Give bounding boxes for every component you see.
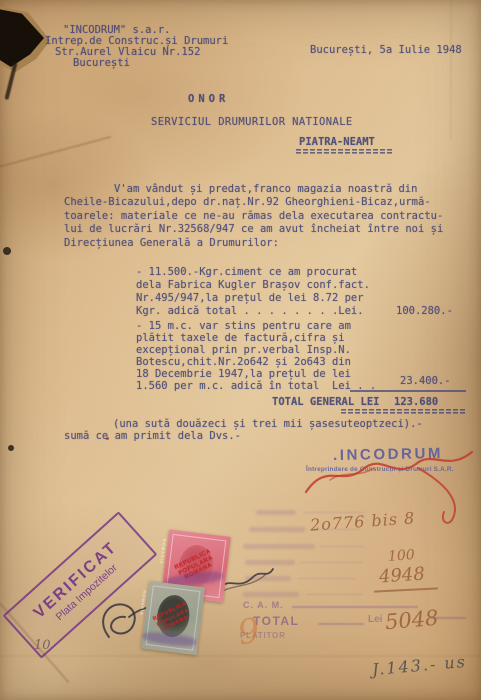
body-line: toarele: materiale ce ne-au rămas dela e… xyxy=(64,210,443,224)
item1-line: dela Fabrica Kugler Brașov conf.fact. xyxy=(136,279,370,293)
total-double-underline xyxy=(341,409,465,414)
item1-line: - 11.500.-Kgr.ciment ce am procurat xyxy=(136,266,357,280)
sender-city: București xyxy=(73,57,130,71)
closing-line: sumă ce am primit dela Dvs.- xyxy=(64,430,241,444)
item2-line: 1.560 per m.c. adică în total Lei . . xyxy=(136,381,376,393)
addressee-city: PIATRA-NEAMT xyxy=(299,136,375,150)
tax-stamp-lei: Lei xyxy=(368,614,382,625)
body-line: V'am vândut și predat,franco magazia noa… xyxy=(114,183,417,197)
item1-amount: 100.280.- xyxy=(396,305,453,319)
handwritten-underline xyxy=(374,587,438,592)
body-line: Cheile-Bicazului,depo dr.naț.Nr.92 Gheor… xyxy=(64,196,431,210)
tax-stamp-total-line xyxy=(318,623,364,625)
item1-line: Kgr. adică total . . . . . . . .Lei. xyxy=(136,305,364,319)
total-amount: 123.680 xyxy=(394,396,438,410)
ink-dot xyxy=(8,445,14,451)
double-underline xyxy=(296,149,392,154)
dateline: București, 5a Iulie 1948 xyxy=(310,44,462,58)
salutation: ONOR xyxy=(188,93,229,107)
document-scan: "INCODRUM" s.a.r. Intrep.de Construc.și … xyxy=(0,0,481,700)
crease-line xyxy=(0,136,111,170)
handwritten-100: 100 xyxy=(387,547,415,565)
addressee: SERVICIUL DRUMURILOR NATIONALE xyxy=(151,116,353,130)
item2-amount: 23.400.- xyxy=(400,375,451,389)
body-line: Direcțiunea Generală a Drumurilor: xyxy=(64,237,279,251)
crease-line xyxy=(450,0,452,140)
ink-dot xyxy=(3,247,11,255)
amount-underline xyxy=(350,390,466,392)
torn-corner-hole xyxy=(0,9,44,67)
total-label: TOTAL GENERAL LEI xyxy=(272,396,379,410)
revenue-stamp-gray: ROMANIA REPUBLICA POPULARA ROMANA xyxy=(141,581,205,655)
handwritten-5048: 5048 xyxy=(384,606,439,635)
item1-line: Nr.495/947,la prețul de lei 8.72 per xyxy=(136,292,364,306)
body-line: lui de lucrări Nr.32568/947 ce am avut î… xyxy=(64,223,443,237)
handwritten-4948: 4948 xyxy=(378,563,425,587)
